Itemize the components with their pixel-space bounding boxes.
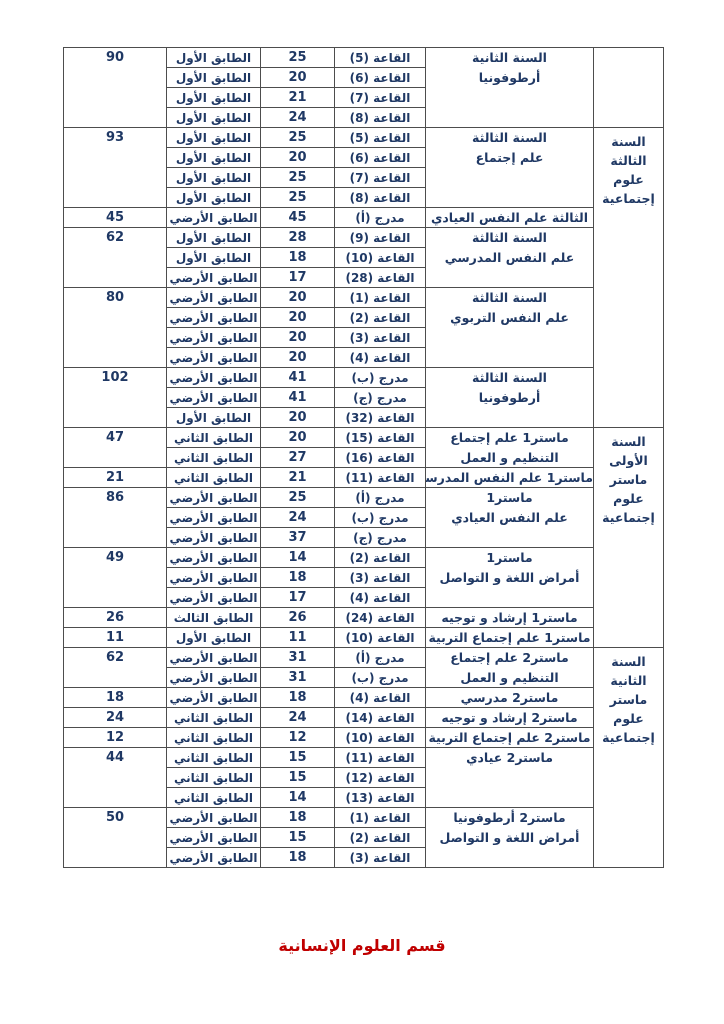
floor-cell: الطابق الثاني	[167, 708, 261, 728]
label-line: ماستر1	[426, 548, 593, 568]
room-cell: القاعة (3)	[335, 568, 426, 588]
capacity-cell: 25	[261, 48, 335, 68]
capacity-cell: 25	[261, 168, 335, 188]
program-cell: ماستر2 إرشاد و توجيه	[426, 708, 594, 728]
capacity-cell: 15	[261, 828, 335, 848]
label-line: الأولى	[594, 451, 663, 470]
floor-cell: الطابق الأرضي	[167, 568, 261, 588]
program-cell: الثالثة علم النفس العيادي	[426, 208, 594, 228]
floor-cell: الطابق الأول	[167, 228, 261, 248]
floor-cell: الطابق الأول	[167, 628, 261, 648]
floor-cell: الطابق الأرضي	[167, 208, 261, 228]
room-cell: القاعة (10)	[335, 728, 426, 748]
year-group-cell: السنةالثالثةعلومإجتماعية	[594, 128, 664, 428]
program-cell: ماستر2 علم إجتماعالتنظيم و العمل	[426, 648, 594, 688]
total-cell: 80	[64, 288, 167, 368]
capacity-cell: 20	[261, 348, 335, 368]
program-cell: السنة الثالثةعلم النفس التربوي	[426, 288, 594, 368]
label-line: ماستر1 إرشاد و توجيه	[426, 608, 593, 628]
room-cell: مدرج (أ)	[335, 488, 426, 508]
total-cell: 93	[64, 128, 167, 208]
total-cell: 18	[64, 688, 167, 708]
total-cell: 24	[64, 708, 167, 728]
label-line: ماستر1 علم إجتماع	[426, 428, 593, 448]
floor-cell: الطابق الأرضي	[167, 368, 261, 388]
floor-cell: الطابق الأول	[167, 248, 261, 268]
program-cell: السنة الثالثةأرطوفونيا	[426, 368, 594, 428]
floor-cell: الطابق الأرضي	[167, 328, 261, 348]
label-line: السنة الثالثة	[426, 228, 593, 248]
total-cell: 26	[64, 608, 167, 628]
total-cell: 102	[64, 368, 167, 428]
label-line: أرطوفونيا	[426, 68, 593, 88]
floor-cell: الطابق الثاني	[167, 448, 261, 468]
capacity-cell: 25	[261, 128, 335, 148]
floor-cell: الطابق الأرضي	[167, 308, 261, 328]
program-cell: السنة الثالثةعلم النفس المدرسي	[426, 228, 594, 288]
total-cell: 62	[64, 228, 167, 288]
capacity-cell: 14	[261, 548, 335, 568]
label-line: علم إجتماع	[426, 148, 593, 168]
floor-cell: الطابق الأرضي	[167, 528, 261, 548]
capacity-cell: 31	[261, 648, 335, 668]
floor-cell: الطابق الأرضي	[167, 348, 261, 368]
capacity-cell: 11	[261, 628, 335, 648]
label-line: السنة الثالثة	[426, 288, 593, 308]
capacity-cell: 18	[261, 248, 335, 268]
floor-cell: الطابق الثاني	[167, 728, 261, 748]
room-cell: القاعة (5)	[335, 128, 426, 148]
capacity-cell: 15	[261, 748, 335, 768]
capacity-cell: 18	[261, 568, 335, 588]
program-cell: ماستر1 إرشاد و توجيه	[426, 608, 594, 628]
room-cell: القاعة (1)	[335, 808, 426, 828]
label-line: إجتماعية	[594, 189, 663, 208]
room-cell: القاعة (7)	[335, 88, 426, 108]
label-line: الثانية	[594, 671, 663, 690]
label-line: ماستر2 مدرسي	[426, 688, 593, 708]
program-cell: ماستر2 عيادي	[426, 748, 594, 808]
capacity-cell: 20	[261, 68, 335, 88]
room-cell: القاعة (4)	[335, 588, 426, 608]
capacity-cell: 20	[261, 148, 335, 168]
document-page: 90الطابق الأول25القاعة (5)الطابق الأول20…	[0, 0, 724, 1024]
label-line: ماستر1 علم إجتماع التربية	[426, 628, 593, 648]
total-cell: 12	[64, 728, 167, 748]
floor-cell: الطابق الثالث	[167, 608, 261, 628]
total-cell: 50	[64, 808, 167, 868]
total-cell: 49	[64, 548, 167, 608]
label-line: السنة الثالثة	[426, 368, 593, 388]
label-line: ماستر1 علم النفس المدرسي	[426, 468, 593, 488]
label-line: ماستر2 أرطوفونيا	[426, 808, 593, 828]
program-cell: السنة الثانيةأرطوفونيا	[426, 48, 594, 128]
room-cell: مدرج (أ)	[335, 648, 426, 668]
capacity-cell: 28	[261, 228, 335, 248]
capacity-cell: 18	[261, 848, 335, 868]
capacity-cell: 24	[261, 108, 335, 128]
label-line: ماستر1	[426, 488, 593, 508]
capacity-cell: 25	[261, 488, 335, 508]
floor-cell: الطابق الأول	[167, 68, 261, 88]
room-cell: القاعة (11)	[335, 468, 426, 488]
program-cell: ماستر1أمراض اللغة و التواصل	[426, 548, 594, 608]
label-line: السنة	[594, 432, 663, 451]
label-line: إجتماعية	[594, 508, 663, 527]
room-cell: القاعة (2)	[335, 828, 426, 848]
room-cell: القاعة (3)	[335, 328, 426, 348]
capacity-cell: 24	[261, 508, 335, 528]
room-cell: القاعة (2)	[335, 548, 426, 568]
room-cell: القاعة (24)	[335, 608, 426, 628]
capacity-cell: 15	[261, 768, 335, 788]
floor-cell: الطابق الثاني	[167, 748, 261, 768]
program-cell: السنة الثالثةعلم إجتماع	[426, 128, 594, 208]
floor-cell: الطابق الثاني	[167, 788, 261, 808]
department-footer: قسم العلوم الإنسانية	[0, 936, 724, 955]
total-cell: 44	[64, 748, 167, 808]
capacity-cell: 20	[261, 408, 335, 428]
room-cell: القاعة (2)	[335, 308, 426, 328]
floor-cell: الطابق الأرضي	[167, 388, 261, 408]
room-cell: القاعة (9)	[335, 228, 426, 248]
floor-cell: الطابق الأول	[167, 108, 261, 128]
total-cell: 21	[64, 468, 167, 488]
floor-cell: الطابق الأول	[167, 408, 261, 428]
capacity-cell: 21	[261, 468, 335, 488]
total-cell: 86	[64, 488, 167, 548]
room-cell: القاعة (8)	[335, 108, 426, 128]
floor-cell: الطابق الأرضي	[167, 828, 261, 848]
total-cell: 47	[64, 428, 167, 468]
room-cell: القاعة (11)	[335, 748, 426, 768]
label-line: علوم	[594, 709, 663, 728]
capacity-cell: 18	[261, 688, 335, 708]
room-cell: القاعة (13)	[335, 788, 426, 808]
label-line: إجتماعية	[594, 728, 663, 747]
capacity-cell: 41	[261, 388, 335, 408]
room-cell: القاعة (4)	[335, 688, 426, 708]
capacity-cell: 17	[261, 268, 335, 288]
year-group-cell: السنةالأولىماسترعلومإجتماعية	[594, 428, 664, 648]
label-line: الثالثة علم النفس العيادي	[426, 208, 593, 228]
program-cell: ماستر2 أرطوفونياأمراض اللغة و التواصل	[426, 808, 594, 868]
label-line: ماستر	[594, 470, 663, 489]
program-cell: ماستر1علم النفس العيادي	[426, 488, 594, 548]
label-line: ماستر	[594, 690, 663, 709]
total-cell: 90	[64, 48, 167, 128]
floor-cell: الطابق الأرضي	[167, 488, 261, 508]
room-cell: القاعة (12)	[335, 768, 426, 788]
capacity-cell: 26	[261, 608, 335, 628]
room-cell: القاعة (6)	[335, 68, 426, 88]
capacity-cell: 27	[261, 448, 335, 468]
capacity-cell: 20	[261, 428, 335, 448]
year-group-cell	[594, 48, 664, 128]
floor-cell: الطابق الأرضي	[167, 848, 261, 868]
label-line: علم النفس العيادي	[426, 508, 593, 528]
label-line: السنة الثانية	[426, 48, 593, 68]
capacity-cell: 14	[261, 788, 335, 808]
capacity-cell: 37	[261, 528, 335, 548]
label-line: أمراض اللغة و التواصل	[426, 568, 593, 588]
label-line: علوم	[594, 170, 663, 189]
room-cell: القاعة (6)	[335, 148, 426, 168]
label-line: علم النفس المدرسي	[426, 248, 593, 268]
label-line: أرطوفونيا	[426, 388, 593, 408]
floor-cell: الطابق الأرضي	[167, 808, 261, 828]
floor-cell: الطابق الأول	[167, 148, 261, 168]
program-cell: ماستر2 علم إجتماع التربية	[426, 728, 594, 748]
floor-cell: الطابق الثاني	[167, 428, 261, 448]
room-cell: القاعة (16)	[335, 448, 426, 468]
capacity-cell: 31	[261, 668, 335, 688]
capacity-cell: 45	[261, 208, 335, 228]
room-cell: القاعة (15)	[335, 428, 426, 448]
room-cell: مدرج (ب)	[335, 668, 426, 688]
program-cell: ماستر1 علم إجتماع التربية	[426, 628, 594, 648]
label-line: السنة الثالثة	[426, 128, 593, 148]
floor-cell: الطابق الأول	[167, 88, 261, 108]
floor-cell: الطابق الأرضي	[167, 288, 261, 308]
label-line: التنظيم و العمل	[426, 668, 593, 688]
room-cell: القاعة (5)	[335, 48, 426, 68]
room-cell: مدرج (أ)	[335, 208, 426, 228]
room-cell: القاعة (10)	[335, 248, 426, 268]
floor-cell: الطابق الأول	[167, 168, 261, 188]
room-cell: مدرج (ج)	[335, 528, 426, 548]
label-line: ماستر2 علم إجتماع	[426, 648, 593, 668]
floor-cell: الطابق الأرضي	[167, 668, 261, 688]
label-line: علم النفس التربوي	[426, 308, 593, 328]
label-line: علوم	[594, 489, 663, 508]
label-line: ماستر2 إرشاد و توجيه	[426, 708, 593, 728]
program-cell: ماستر1 علم النفس المدرسي	[426, 468, 594, 488]
capacity-cell: 24	[261, 708, 335, 728]
room-cell: القاعة (14)	[335, 708, 426, 728]
room-cell: القاعة (10)	[335, 628, 426, 648]
room-cell: القاعة (1)	[335, 288, 426, 308]
label-line: التنظيم و العمل	[426, 448, 593, 468]
capacity-cell: 25	[261, 188, 335, 208]
capacity-cell: 41	[261, 368, 335, 388]
floor-cell: الطابق الأول	[167, 188, 261, 208]
floor-cell: الطابق الثاني	[167, 768, 261, 788]
room-cell: مدرج (ب)	[335, 368, 426, 388]
floor-cell: الطابق الأرضي	[167, 268, 261, 288]
year-group-cell: السنةالثانيةماسترعلومإجتماعية	[594, 648, 664, 868]
label-line: الثالثة	[594, 151, 663, 170]
floor-cell: الطابق الثاني	[167, 468, 261, 488]
room-allocation-table: 90الطابق الأول25القاعة (5)الطابق الأول20…	[63, 47, 664, 868]
label-line: أمراض اللغة و التواصل	[426, 828, 593, 848]
floor-cell: الطابق الأرضي	[167, 648, 261, 668]
floor-cell: الطابق الأرضي	[167, 548, 261, 568]
capacity-cell: 20	[261, 308, 335, 328]
floor-cell: الطابق الأرضي	[167, 688, 261, 708]
total-cell: 45	[64, 208, 167, 228]
total-cell: 11	[64, 628, 167, 648]
room-cell: مدرج (ج)	[335, 388, 426, 408]
room-cell: القاعة (32)	[335, 408, 426, 428]
room-cell: القاعة (4)	[335, 348, 426, 368]
room-cell: القاعة (28)	[335, 268, 426, 288]
label-line: ماستر2 علم إجتماع التربية	[426, 728, 593, 748]
program-cell: ماستر1 علم إجتماعالتنظيم و العمل	[426, 428, 594, 468]
capacity-cell: 18	[261, 808, 335, 828]
floor-cell: الطابق الأرضي	[167, 508, 261, 528]
label-line: ماستر2 عيادي	[426, 748, 593, 768]
capacity-cell: 20	[261, 328, 335, 348]
room-cell: مدرج (ب)	[335, 508, 426, 528]
room-cell: القاعة (3)	[335, 848, 426, 868]
label-line: السنة	[594, 652, 663, 671]
floor-cell: الطابق الأرضي	[167, 588, 261, 608]
capacity-cell: 20	[261, 288, 335, 308]
capacity-cell: 12	[261, 728, 335, 748]
floor-cell: الطابق الأول	[167, 48, 261, 68]
room-cell: القاعة (8)	[335, 188, 426, 208]
capacity-cell: 17	[261, 588, 335, 608]
label-line: السنة	[594, 132, 663, 151]
total-cell: 62	[64, 648, 167, 688]
capacity-cell: 21	[261, 88, 335, 108]
program-cell: ماستر2 مدرسي	[426, 688, 594, 708]
floor-cell: الطابق الأول	[167, 128, 261, 148]
room-cell: القاعة (7)	[335, 168, 426, 188]
